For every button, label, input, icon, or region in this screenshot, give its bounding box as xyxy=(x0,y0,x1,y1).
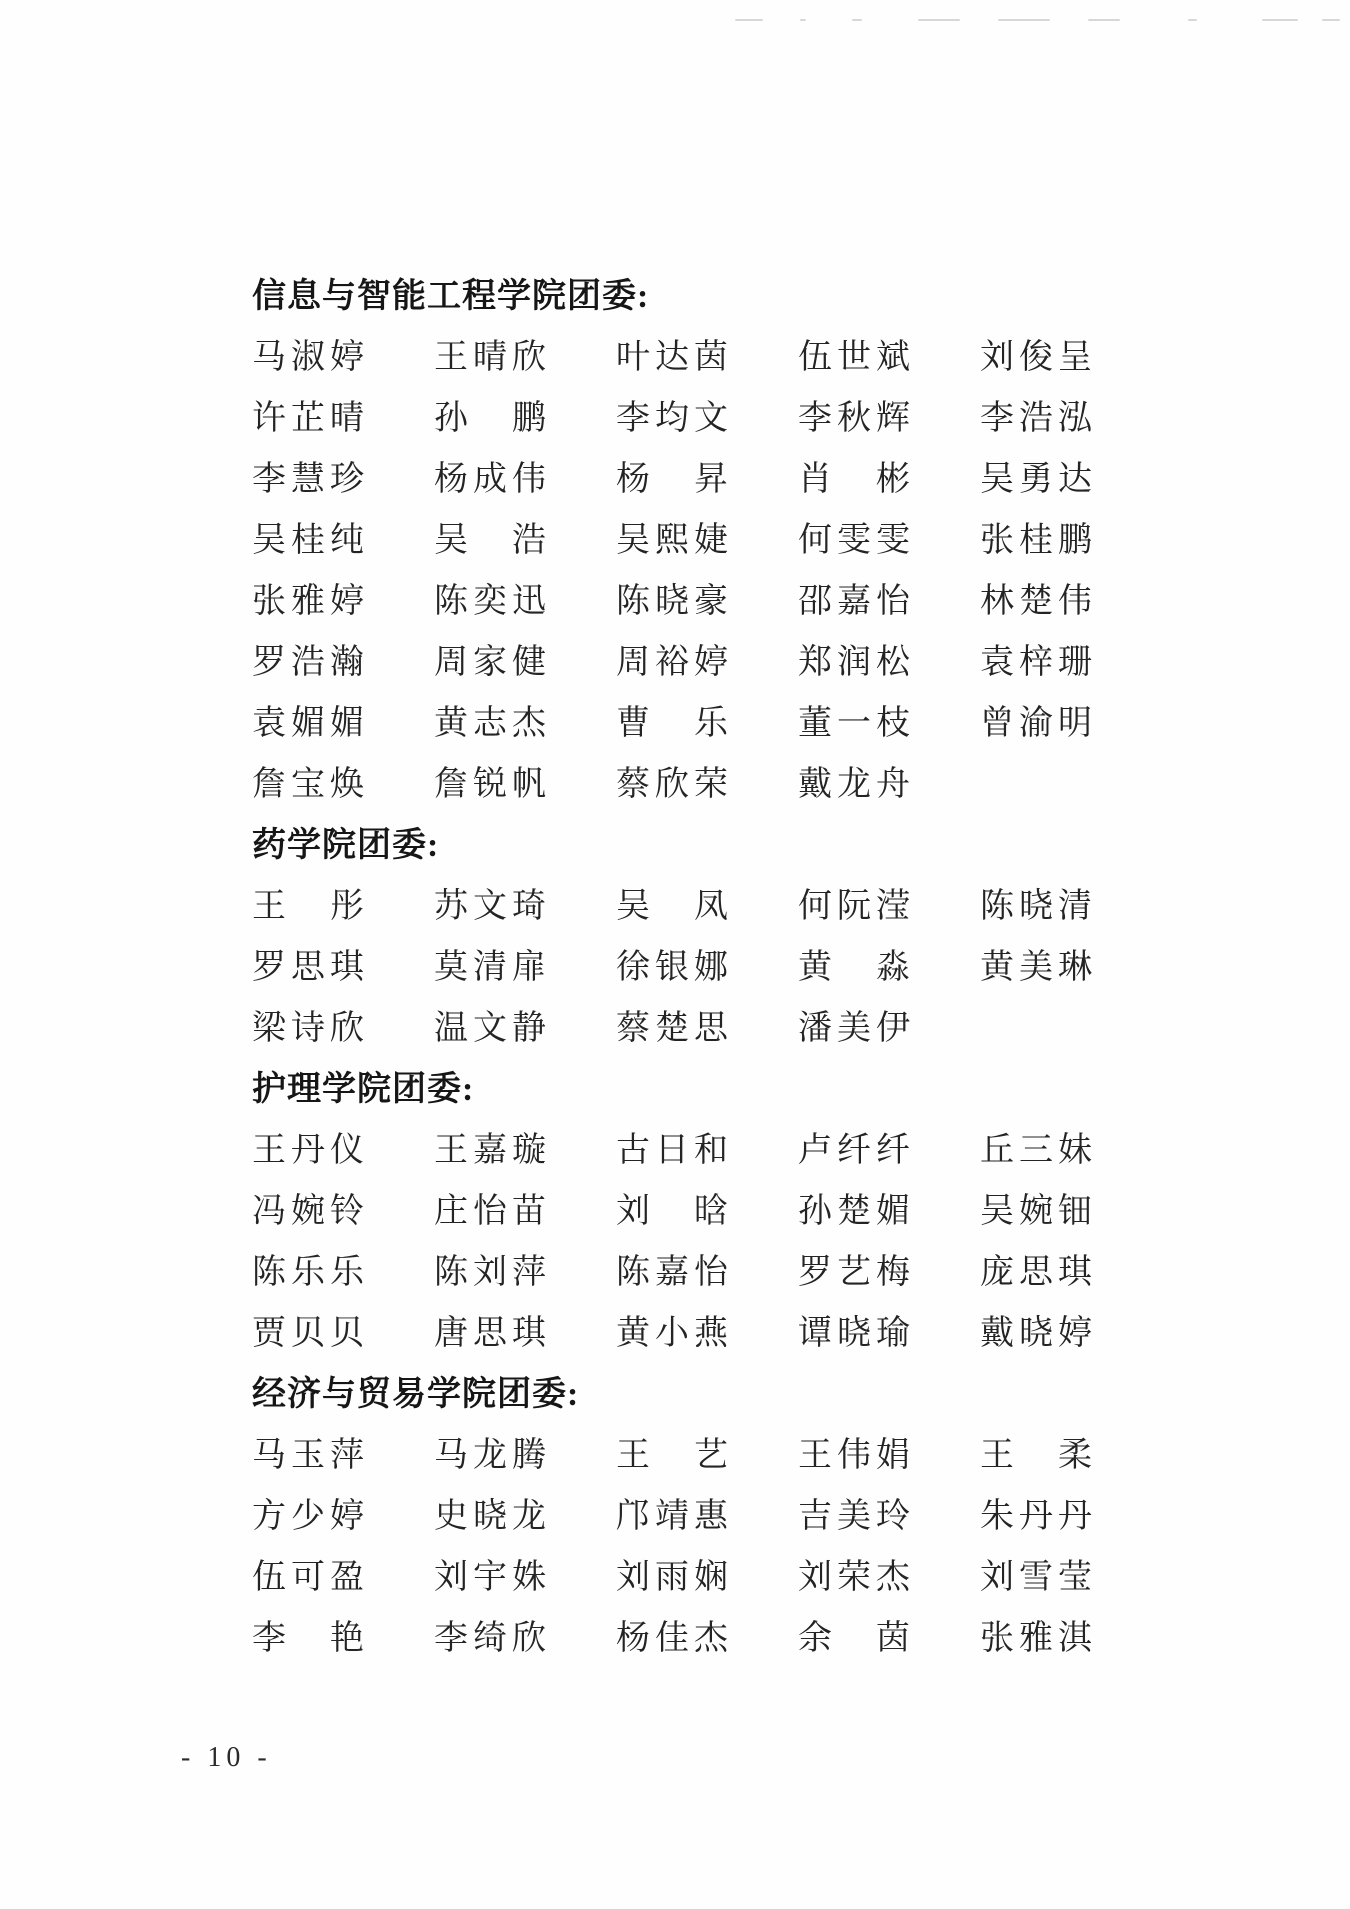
name-row: 李慧珍杨成伟杨昇肖彬吴勇达 xyxy=(252,449,1112,510)
member-name: 戴龙舟 xyxy=(798,754,910,815)
member-name: 黄淼 xyxy=(798,937,910,998)
member-name: 李绮欣 xyxy=(434,1608,546,1669)
member-name: 黄小燕 xyxy=(616,1303,728,1364)
member-name: 邝靖惠 xyxy=(616,1486,728,1547)
member-name: 许芷晴 xyxy=(252,388,364,449)
member-name: 陈乐乐 xyxy=(252,1242,364,1303)
member-name: 伍世斌 xyxy=(798,327,910,388)
member-name: 马玉萍 xyxy=(252,1425,364,1486)
name-row: 冯婉铃庄怡苗刘晗孙楚媚吴婉钿 xyxy=(252,1181,1112,1242)
member-name: 梁诗欣 xyxy=(252,998,364,1059)
name-row: 罗浩瀚周家健周裕婷郑润松袁梓珊 xyxy=(252,632,1112,693)
member-name: 詹锐帆 xyxy=(434,754,546,815)
member-name: 庞思琪 xyxy=(980,1242,1092,1303)
member-name: 王丹仪 xyxy=(252,1120,364,1181)
member-name: 叶达茵 xyxy=(616,327,728,388)
member-name: 张雅婷 xyxy=(252,571,364,632)
member-name: 王伟娟 xyxy=(798,1425,910,1486)
member-name: 谭晓瑜 xyxy=(798,1303,910,1364)
member-name: 王柔 xyxy=(980,1425,1092,1486)
section-heading: 药学院团委: xyxy=(252,815,1112,876)
member-name: 曹乐 xyxy=(616,693,728,754)
name-row: 詹宝焕詹锐帆蔡欣荣戴龙舟 xyxy=(252,754,1112,815)
name-row: 马玉萍马龙腾王艺王伟娟王柔 xyxy=(252,1425,1112,1486)
member-name: 孙鹏 xyxy=(434,388,546,449)
member-name: 郑润松 xyxy=(798,632,910,693)
member-name: 庄怡苗 xyxy=(434,1181,546,1242)
member-name: 吴凤 xyxy=(616,876,728,937)
member-name: 张桂鹏 xyxy=(980,510,1092,571)
member-name: 蔡楚思 xyxy=(616,998,728,1059)
member-name: 杨昇 xyxy=(616,449,728,510)
member-name: 董一枝 xyxy=(798,693,910,754)
member-name: 曾渝明 xyxy=(980,693,1092,754)
member-name: 余茵 xyxy=(798,1608,910,1669)
member-name: 邵嘉怡 xyxy=(798,571,910,632)
member-name: 肖彬 xyxy=(798,449,910,510)
name-row: 方少婷史晓龙邝靖惠吉美玲朱丹丹 xyxy=(252,1486,1112,1547)
member-name: 吴婉钿 xyxy=(980,1181,1092,1242)
member-name: 吴桂纯 xyxy=(252,510,364,571)
member-name: 林楚伟 xyxy=(980,571,1092,632)
member-name: 杨佳杰 xyxy=(616,1608,728,1669)
member-name: 詹宝焕 xyxy=(252,754,364,815)
section-heading: 护理学院团委: xyxy=(252,1059,1112,1120)
member-name: 马淑婷 xyxy=(252,327,364,388)
member-name: 罗浩瀚 xyxy=(252,632,364,693)
member-name: 张雅淇 xyxy=(980,1608,1092,1669)
member-name: 马龙腾 xyxy=(434,1425,546,1486)
member-name: 周家健 xyxy=(434,632,546,693)
page-number: - 10 - xyxy=(181,1738,272,1778)
member-name: 孙楚媚 xyxy=(798,1181,910,1242)
member-name: 潘美伊 xyxy=(798,998,910,1059)
name-row: 王丹仪王嘉璇古日和卢纤纤丘三妹 xyxy=(252,1120,1112,1181)
name-row: 伍可盈刘宇姝刘雨娴刘荣杰刘雪莹 xyxy=(252,1547,1112,1608)
member-name: 古日和 xyxy=(616,1120,728,1181)
member-name: 李秋辉 xyxy=(798,388,910,449)
name-row: 贾贝贝唐思琪黄小燕谭晓瑜戴晓婷 xyxy=(252,1303,1112,1364)
member-name: 贾贝贝 xyxy=(252,1303,364,1364)
name-row: 李艳李绮欣杨佳杰余茵张雅淇 xyxy=(252,1608,1112,1669)
member-name: 朱丹丹 xyxy=(980,1486,1092,1547)
name-row: 张雅婷陈奕迅陈晓豪邵嘉怡林楚伟 xyxy=(252,571,1112,632)
member-name: 温文静 xyxy=(434,998,546,1059)
member-name: 罗思琪 xyxy=(252,937,364,998)
member-name: 李均文 xyxy=(616,388,728,449)
member-name: 何阮滢 xyxy=(798,876,910,937)
member-name: 袁媚媚 xyxy=(252,693,364,754)
name-row: 梁诗欣温文静蔡楚思潘美伊 xyxy=(252,998,1112,1059)
member-name: 刘荣杰 xyxy=(798,1547,910,1608)
member-name: 罗艺梅 xyxy=(798,1242,910,1303)
name-row: 吴桂纯吴浩吴熙婕何雯雯张桂鹏 xyxy=(252,510,1112,571)
member-name: 黄美琳 xyxy=(980,937,1092,998)
member-name: 蔡欣荣 xyxy=(616,754,728,815)
member-name: 陈晓豪 xyxy=(616,571,728,632)
member-name: 吴浩 xyxy=(434,510,546,571)
member-name: 陈奕迅 xyxy=(434,571,546,632)
member-name: 刘雪莹 xyxy=(980,1547,1092,1608)
member-name: 李慧珍 xyxy=(252,449,364,510)
document-page: 信息与智能工程学院团委:马淑婷王晴欣叶达茵伍世斌刘俊呈许芷晴孙鹏李均文李秋辉李浩… xyxy=(0,0,1350,1909)
member-name: 刘晗 xyxy=(616,1181,728,1242)
name-row: 马淑婷王晴欣叶达茵伍世斌刘俊呈 xyxy=(252,327,1112,388)
member-name: 方少婷 xyxy=(252,1486,364,1547)
member-name: 刘雨娴 xyxy=(616,1547,728,1608)
member-name: 徐银娜 xyxy=(616,937,728,998)
member-name: 丘三妹 xyxy=(980,1120,1092,1181)
member-name: 刘宇姝 xyxy=(434,1547,546,1608)
member-name: 王嘉璇 xyxy=(434,1120,546,1181)
member-name: 何雯雯 xyxy=(798,510,910,571)
member-name: 黄志杰 xyxy=(434,693,546,754)
section-heading: 信息与智能工程学院团委: xyxy=(252,266,1112,327)
member-name: 陈刘萍 xyxy=(434,1242,546,1303)
member-name: 王艺 xyxy=(616,1425,728,1486)
member-name: 卢纤纤 xyxy=(798,1120,910,1181)
member-name: 杨成伟 xyxy=(434,449,546,510)
member-name: 刘俊呈 xyxy=(980,327,1092,388)
member-name: 莫清扉 xyxy=(434,937,546,998)
member-name: 陈晓清 xyxy=(980,876,1092,937)
member-name: 苏文琦 xyxy=(434,876,546,937)
name-row: 许芷晴孙鹏李均文李秋辉李浩泓 xyxy=(252,388,1112,449)
member-name: 冯婉铃 xyxy=(252,1181,364,1242)
member-name: 吴熙婕 xyxy=(616,510,728,571)
scan-artifacts xyxy=(0,0,1350,30)
name-row: 袁媚媚黄志杰曹乐董一枝曾渝明 xyxy=(252,693,1112,754)
name-row: 罗思琪莫清扉徐银娜黄淼黄美琳 xyxy=(252,937,1112,998)
name-row: 陈乐乐陈刘萍陈嘉怡罗艺梅庞思琪 xyxy=(252,1242,1112,1303)
member-name: 周裕婷 xyxy=(616,632,728,693)
member-name: 伍可盈 xyxy=(252,1547,364,1608)
member-name: 吴勇达 xyxy=(980,449,1092,510)
member-name: 吉美玲 xyxy=(798,1486,910,1547)
name-row: 王彤苏文琦吴凤何阮滢陈晓清 xyxy=(252,876,1112,937)
section-heading: 经济与贸易学院团委: xyxy=(252,1364,1112,1425)
member-name: 王晴欣 xyxy=(434,327,546,388)
member-name: 袁梓珊 xyxy=(980,632,1092,693)
member-name: 陈嘉怡 xyxy=(616,1242,728,1303)
committee-roster: 信息与智能工程学院团委:马淑婷王晴欣叶达茵伍世斌刘俊呈许芷晴孙鹏李均文李秋辉李浩… xyxy=(252,266,1112,1669)
member-name: 史晓龙 xyxy=(434,1486,546,1547)
member-name: 唐思琪 xyxy=(434,1303,546,1364)
member-name: 李浩泓 xyxy=(980,388,1092,449)
member-name: 李艳 xyxy=(252,1608,364,1669)
member-name: 王彤 xyxy=(252,876,364,937)
member-name: 戴晓婷 xyxy=(980,1303,1092,1364)
